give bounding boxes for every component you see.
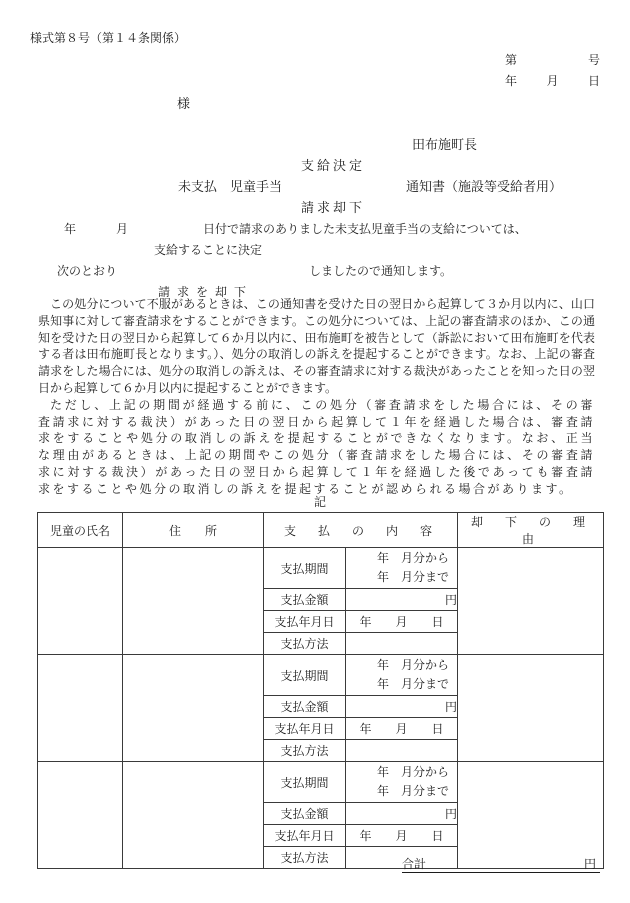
limitation-paragraph: ただし、上記の期間が経過する前に、この処分（審査請求をした場合には、その審査請求… xyxy=(38,397,595,498)
payment-method-value xyxy=(346,740,458,762)
payment-period-value-cell: 年 月分から 年 月分まで xyxy=(346,655,458,696)
title-doc-type: 通知書（施設等受給者用） xyxy=(406,179,562,195)
date-day-label: 日 xyxy=(588,74,600,88)
date-month-label: 月 xyxy=(546,74,558,88)
appeal-paragraph: この処分について不服があるときは、この通知書を受けた日の翌日から起算して３か月以… xyxy=(38,296,595,397)
payment-table: 児童の氏名 住 所 支 払 の 内 容 却 下 の 理 由 支払期間 年 月分か… xyxy=(37,512,604,869)
doc-number-line: 第 号 xyxy=(505,53,600,67)
payment-date-label: 支払年月日 xyxy=(264,611,346,633)
form-number-label: 様式第８号（第１４条関係） xyxy=(30,31,186,45)
payment-period-value-cell: 年 月分から 年 月分まで xyxy=(346,548,458,589)
payment-date-value: 年 月 日 xyxy=(346,718,458,740)
table-header-row: 児童の氏名 住 所 支 払 の 内 容 却 下 の 理 由 xyxy=(38,513,604,548)
payment-period-label: 支払期間 xyxy=(264,762,346,803)
payment-amount-label: 支払金額 xyxy=(264,803,346,825)
title-option-grant: 支給決定 xyxy=(301,158,365,174)
header-child-name: 児童の氏名 xyxy=(38,513,123,548)
rejection-reason-cell xyxy=(458,762,604,869)
period-from-value: 年 月分から xyxy=(346,763,457,782)
payment-amount-label: 支払金額 xyxy=(264,589,346,611)
period-from-value: 年 月分から xyxy=(346,549,457,568)
payment-amount-value: 円 xyxy=(346,803,458,825)
header-payment-detail: 支 払 の 内 容 xyxy=(264,513,458,548)
payment-table-body: 支払期間 年 月分から 年 月分まで 支払金額 円 支払年月日 年 月 日 支払… xyxy=(38,548,604,869)
claim-date-year-label: 年 xyxy=(64,222,76,236)
payment-period-label: 支払期間 xyxy=(264,548,346,589)
header-address: 住 所 xyxy=(123,513,264,548)
legal-paragraphs: この処分について不服があるときは、この通知書を受けた日の翌日から起算して３か月以… xyxy=(38,296,595,498)
decision-option-grant: 支給することに決定 xyxy=(154,243,262,257)
period-from-value: 年 月分から xyxy=(346,656,457,675)
rejection-reason-cell xyxy=(458,655,604,762)
document-page: 様式第８号（第１４条関係） 第 号 年 月 日 様 田布施町長 支給決定 未支払… xyxy=(0,0,630,903)
title-option-reject: 請求却下 xyxy=(301,200,365,216)
payment-amount-value: 円 xyxy=(346,696,458,718)
claim-sentence: 日付で請求のありました未支払児童手当の支給については、 xyxy=(203,222,527,236)
addressee-honorific: 様 xyxy=(177,96,190,112)
payment-period-label: 支払期間 xyxy=(264,655,346,696)
decision-tail: しましたので通知します。 xyxy=(309,264,452,278)
payment-method-label: 支払方法 xyxy=(264,740,346,762)
child-name-cell xyxy=(38,762,123,869)
payment-date-value: 年 月 日 xyxy=(346,825,458,847)
period-to-value: 年 月分まで xyxy=(346,675,457,694)
payment-amount-label: 支払金額 xyxy=(264,696,346,718)
payment-date-label: 支払年月日 xyxy=(264,718,346,740)
decision-lead: 次のとおり xyxy=(57,264,117,278)
doc-number-suffix: 号 xyxy=(588,53,600,67)
total-label: 合計 xyxy=(402,855,426,872)
title-subject: 未支払 児童手当 xyxy=(178,179,282,195)
child-name-cell xyxy=(38,548,123,655)
child-name-cell xyxy=(38,655,123,762)
total-unit: 円 xyxy=(584,855,596,872)
rejection-reason-cell xyxy=(458,548,604,655)
table-row-period: 支払期間 年 月分から 年 月分まで xyxy=(38,655,604,696)
date-year-label: 年 xyxy=(505,74,517,88)
claim-date-month-label: 月 xyxy=(116,222,128,236)
period-to-value: 年 月分まで xyxy=(346,782,457,801)
payment-amount-value: 円 xyxy=(346,589,458,611)
total-line: 合計 円 xyxy=(402,855,600,873)
issue-date-line: 年 月 日 xyxy=(505,74,600,88)
payment-method-label: 支払方法 xyxy=(264,847,346,869)
payment-method-label: 支払方法 xyxy=(264,633,346,655)
payment-period-value-cell: 年 月分から 年 月分まで xyxy=(346,762,458,803)
payment-date-label: 支払年月日 xyxy=(264,825,346,847)
address-cell xyxy=(123,655,264,762)
address-cell xyxy=(123,762,264,869)
table-row-period: 支払期間 年 月分から 年 月分まで xyxy=(38,762,604,803)
table-row-period: 支払期間 年 月分から 年 月分まで xyxy=(38,548,604,589)
doc-number-prefix: 第 xyxy=(505,53,517,67)
record-marker: 記 xyxy=(37,493,603,510)
header-rejection-reason: 却 下 の 理 由 xyxy=(458,513,604,548)
address-cell xyxy=(123,548,264,655)
issuer-name: 田布施町長 xyxy=(412,137,477,153)
payment-date-value: 年 月 日 xyxy=(346,611,458,633)
period-to-value: 年 月分まで xyxy=(346,568,457,587)
payment-method-value xyxy=(346,633,458,655)
